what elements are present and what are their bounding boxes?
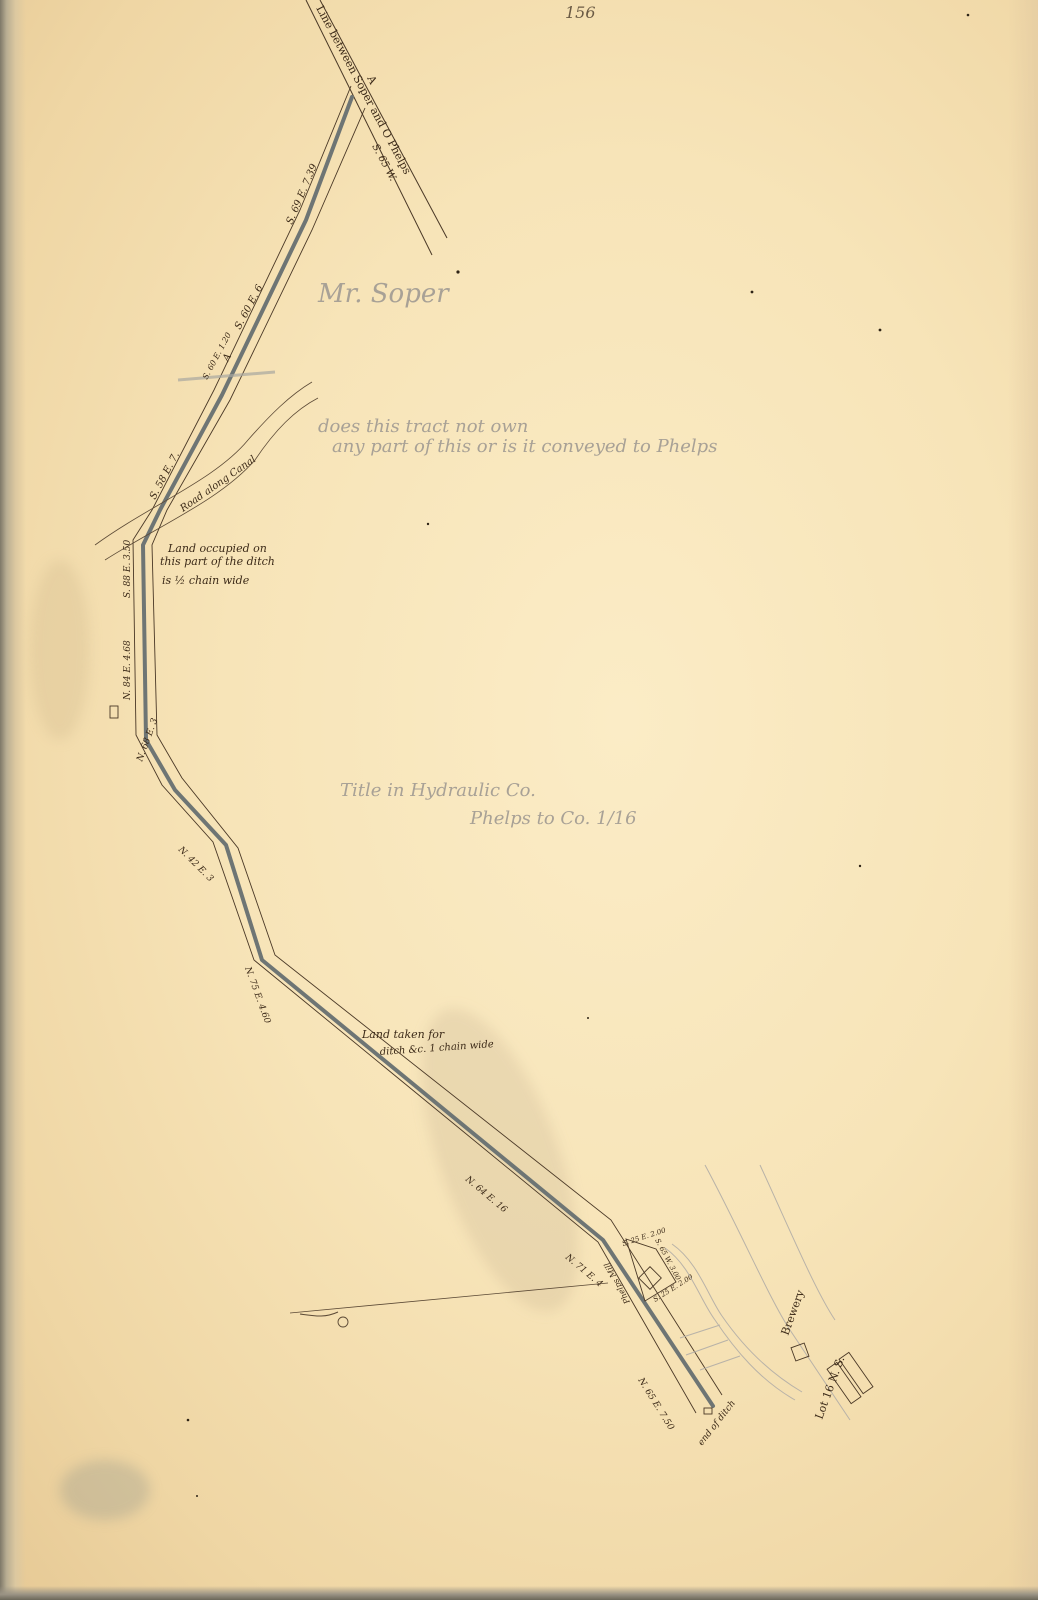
note-line: is ½ chain wide [162, 574, 250, 587]
phelps-mill-lot: S. 25 E. 2.00 S. 65 W. 3.00 S. 25 E. 2.0… [602, 1226, 695, 1306]
pencil-note-line: Phelps to Co. 1/16 [469, 808, 637, 829]
building-square [110, 706, 118, 718]
pencil-note-line: does this tract not own [318, 416, 528, 437]
pencil-note-line: Title in Hydraulic Co. [340, 780, 536, 801]
note-line: Land occupied on [167, 542, 267, 555]
course-label: N. 84 E. 4.68 [123, 640, 133, 701]
land-occupied-note: Land occupied on this part of the ditch … [160, 542, 275, 587]
note-line: this part of the ditch [160, 555, 275, 568]
note-line: ditch &c. 1 chain wide [379, 1039, 494, 1058]
course-label: N. 42 E. 3 [175, 844, 215, 884]
paper-specks [187, 14, 970, 1497]
brewery-label: Brewery [779, 1287, 808, 1337]
course-label: S. 60 E. 6 [233, 283, 266, 332]
lot-label: Lot 16 N. S. [813, 1355, 848, 1421]
boundary-line: Line between Soper and O Phelps A S. 65 … [306, 0, 447, 255]
course-label: N. 64 E. 16 [462, 1174, 509, 1215]
course-label: S. 88 E. 3.50 [123, 540, 133, 598]
pencil-note-line: any part of this or is it conveyed to Ph… [332, 436, 717, 457]
course-label: N. 75 E. 4.60 [242, 965, 272, 1026]
end-of-ditch: end of ditch [696, 1399, 737, 1448]
map-page: 156 Line between Soper and O Phelps A S.… [0, 0, 1038, 1600]
road-along-canal: Road along Canal [95, 382, 318, 560]
survey-map: Line between Soper and O Phelps A S. 65 … [0, 0, 1038, 1600]
pencil-smudge [178, 372, 275, 380]
pencil-notes: Mr. Soper does this tract not own any pa… [317, 279, 717, 829]
road-label: Road along Canal [178, 454, 258, 515]
pencil-note-soper: Mr. Soper [317, 279, 450, 309]
mark-a: A [220, 352, 234, 364]
end-label: end of ditch [696, 1399, 737, 1448]
course-label: N. 65 E. 7.50 [635, 1375, 676, 1432]
land-taken-note: Land taken for ditch &c. 1 chain wide [361, 1028, 494, 1058]
boundary-label: Line between Soper and O Phelps [313, 3, 413, 177]
note-line: Land taken for [361, 1028, 445, 1041]
brewery-area: Brewery Lot 16 N. S. [779, 1287, 873, 1421]
scroll-mark [290, 1283, 608, 1327]
pencil-creek [665, 1165, 850, 1420]
